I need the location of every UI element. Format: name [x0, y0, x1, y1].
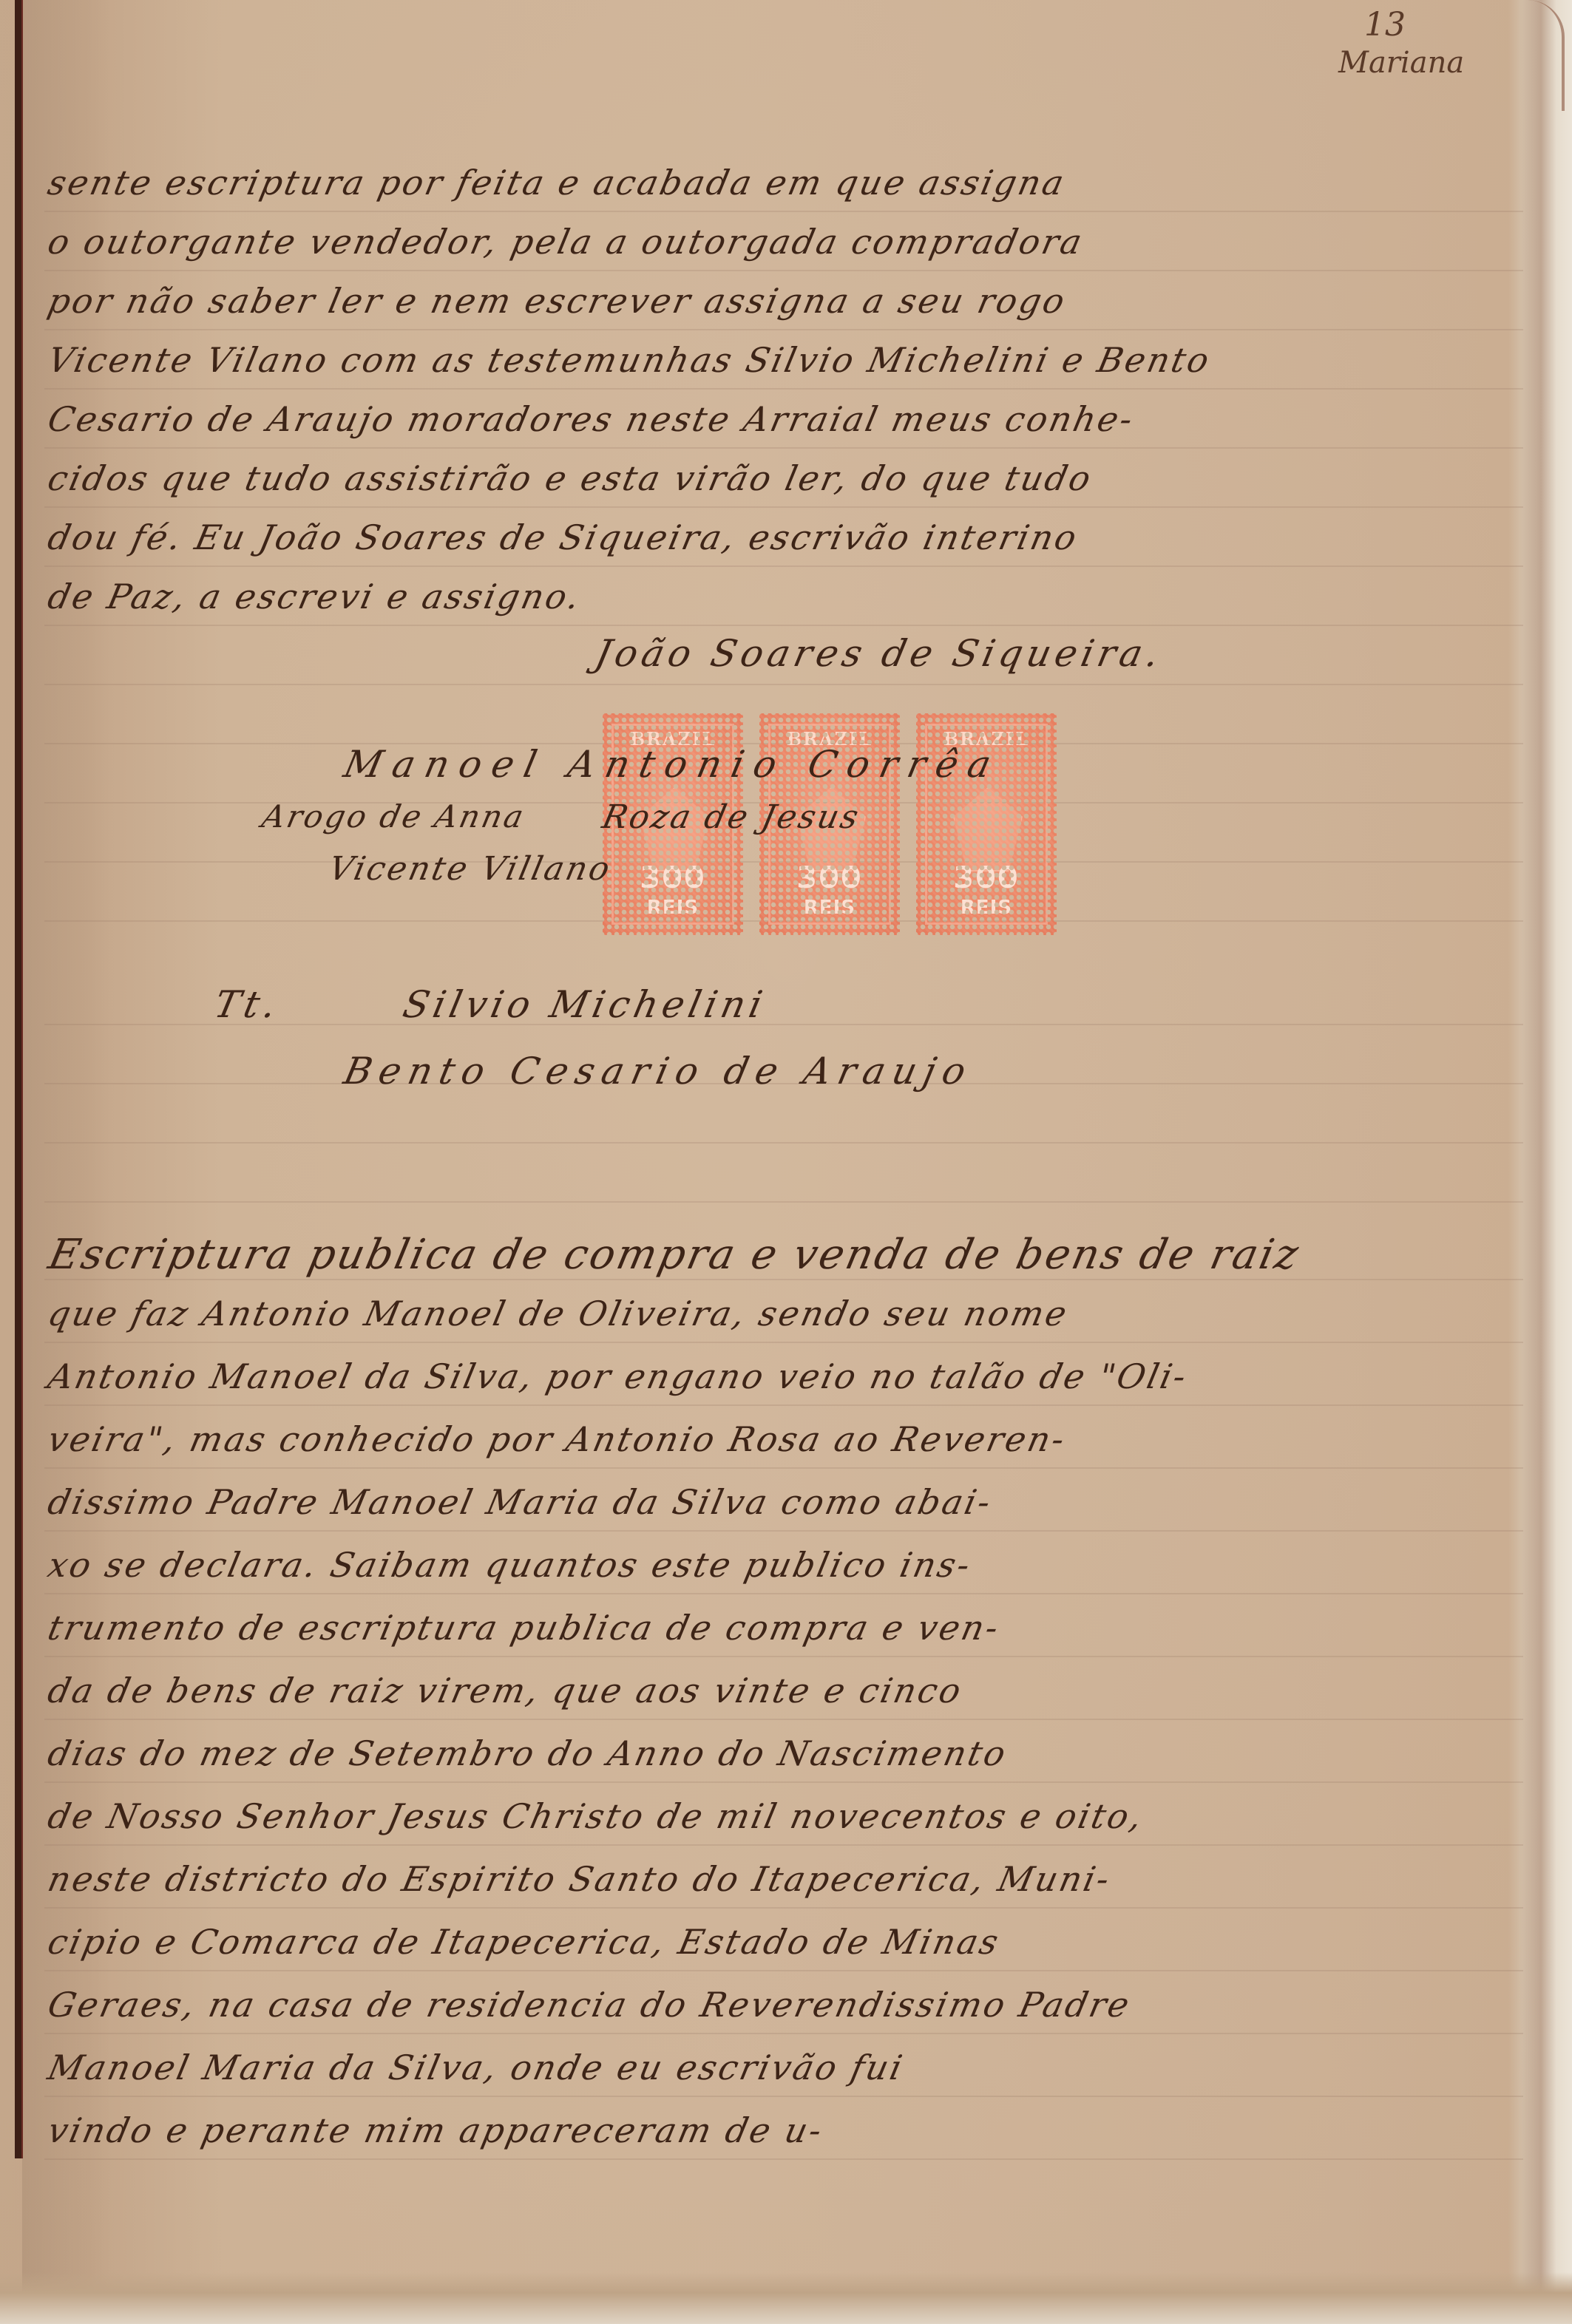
text-line: de Nosso Senhor Jesus Christo de mil nov…	[44, 1796, 1531, 1836]
document-page: 13 Mariana sente escriptura por feita e …	[0, 0, 1572, 2324]
page-annotation: Mariana	[1338, 46, 1464, 80]
witness-abbrev: Tt.	[211, 983, 285, 1026]
signature-proxy-prefix: Arogo de Anna	[259, 798, 529, 835]
ruled-line	[44, 211, 1523, 212]
ruled-line	[44, 565, 1523, 567]
text-line: Vicente Vilano com as testemunhas Silvio…	[44, 340, 1531, 380]
text-line: trumento de escriptura publica de compra…	[44, 1608, 1531, 1648]
stamp-currency: REIS	[603, 897, 743, 919]
ruled-line	[44, 1781, 1523, 1783]
ruled-line	[44, 1342, 1523, 1343]
ruled-line	[44, 1279, 1523, 1280]
text-line: dias do mez de Setembro do Anno do Nasci…	[44, 1733, 1531, 1773]
signature-rogo: Vicente Villano	[325, 850, 615, 888]
deed-heading-line: Escriptura publica de compra e venda de …	[44, 1231, 1534, 1279]
witness-signature: Bento Cesario de Araujo	[340, 1050, 977, 1093]
ruled-line	[44, 447, 1523, 449]
text-line: Geraes, na casa de residencia do Reveren…	[44, 1985, 1531, 2025]
ruled-line	[44, 1970, 1523, 1971]
stamp-value: 300	[603, 861, 743, 895]
text-line: Cesario de Araujo moradores neste Arraia…	[44, 399, 1531, 439]
ruled-line	[44, 2096, 1523, 2097]
ruled-line	[44, 2033, 1523, 2034]
ruled-line	[44, 684, 1523, 685]
text-line: veira", mas conhecido por Antonio Rosa a…	[44, 1419, 1531, 1459]
text-line: neste districto do Espirito Santo do Ita…	[44, 1859, 1531, 1899]
text-line: sente escriptura por feita e acabada em …	[44, 163, 1531, 203]
text-line: o outorgante vendedor, pela a outorgada …	[44, 222, 1531, 262]
text-line: cidos que tudo assistirão e esta virão l…	[44, 458, 1531, 498]
ruled-line	[44, 1656, 1523, 1657]
text-line: de Paz, a escrevi e assigno.	[44, 577, 1531, 616]
ruled-line	[44, 1404, 1523, 1406]
stamp-currency: REIS	[916, 897, 1057, 919]
ruled-line	[44, 1593, 1523, 1594]
ruled-line	[44, 329, 1523, 330]
ruled-line	[44, 1142, 1523, 1144]
ruled-line	[44, 270, 1523, 271]
text-line: Antonio Manoel da Silva, por engano veio…	[44, 1356, 1531, 1396]
notary-signature: João Soares de Siqueira.	[592, 632, 1168, 675]
page-corner-fold	[1517, 0, 1565, 111]
ruled-line	[44, 625, 1523, 626]
ruled-line	[44, 388, 1523, 390]
stamp-currency: REIS	[759, 897, 900, 919]
ruled-line	[44, 1201, 1523, 1203]
ruled-line	[44, 1844, 1523, 1846]
text-line: cipio e Comarca de Itapecerica, Estado d…	[44, 1922, 1531, 1962]
ruled-line	[44, 1530, 1523, 1532]
ruled-line	[44, 2158, 1523, 2160]
text-line: vindo e perante mim appareceram de u-	[44, 2110, 1531, 2150]
text-line: xo se declara. Saibam quantos este publi…	[44, 1545, 1531, 1585]
text-line: Manoel Maria da Silva, onde eu escrivão …	[44, 2048, 1531, 2087]
ruled-line	[44, 506, 1523, 508]
signature-party: Manoel Antonio Corrêa	[340, 743, 1005, 786]
text-line: por não saber ler e nem escrever assigna…	[44, 281, 1531, 321]
ruled-line	[44, 1719, 1523, 1720]
margin-line	[15, 0, 23, 2158]
stamp-value: 300	[916, 861, 1057, 895]
signature-proxy-name: Roza de Jesus	[599, 798, 864, 836]
ruled-line	[44, 1907, 1523, 1909]
page-bottom-edge	[0, 2272, 1572, 2324]
ruled-line	[44, 1467, 1523, 1469]
text-line: da de bens de raiz virem, que aos vinte …	[44, 1671, 1531, 1710]
page-number: 13	[1364, 6, 1406, 44]
witness-signature: Silvio Michelini	[399, 983, 770, 1026]
text-line: dissimo Padre Manoel Maria da Silva como…	[44, 1482, 1531, 1522]
text-line: que faz Antonio Manoel de Oliveira, send…	[44, 1294, 1531, 1333]
stamp-value: 300	[759, 861, 900, 895]
text-line: dou fé. Eu João Soares de Siqueira, escr…	[44, 517, 1531, 557]
